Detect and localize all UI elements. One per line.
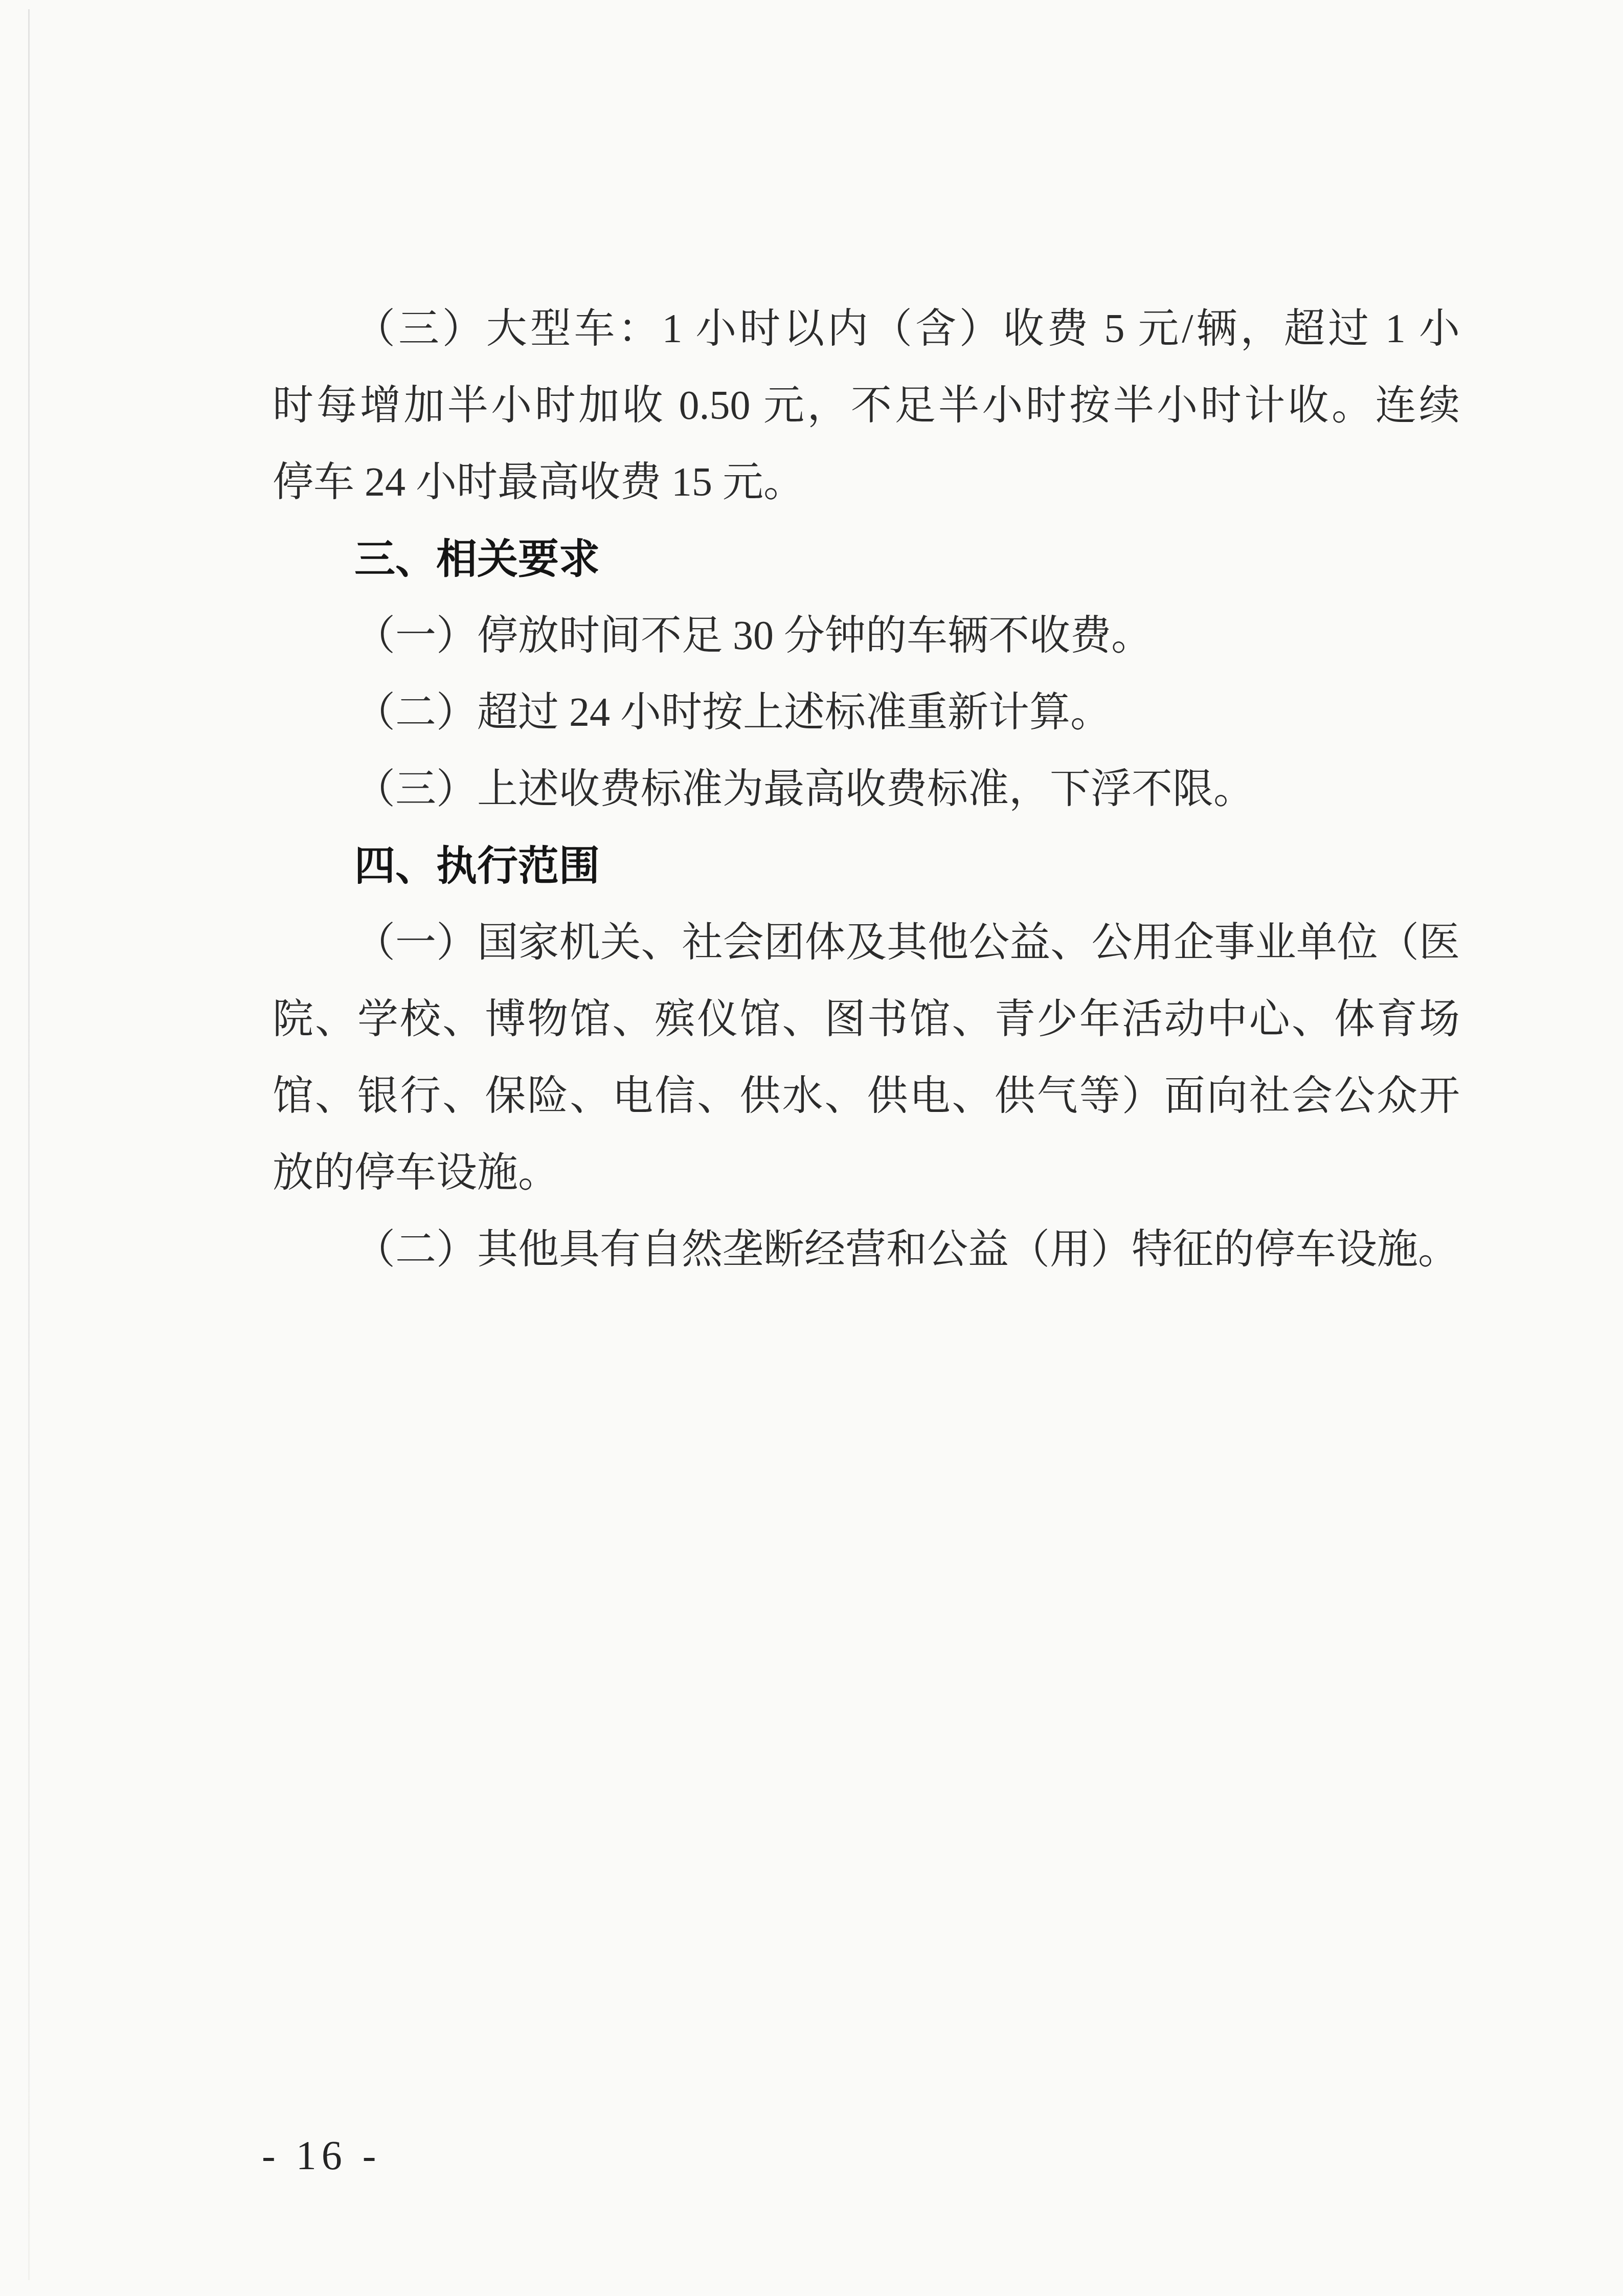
text-line: （二）其他具有自然垄断经营和公益（用）特征的停车设施。 [273,1211,1460,1288]
text-line: （三）大型车：1 小时以内（含）收费 5 元/辆，超过 1 小 [273,291,1460,367]
scan-artifact-line [28,9,30,2280]
text-line: 放的停车设施。 [273,1134,1460,1211]
page-number: - 16 - [262,2128,381,2184]
text-line: （三）上述收费标准为最高收费标准，下浮不限。 [273,751,1460,828]
text-line: 馆、银行、保险、电信、供水、供电、供气等）面向社会公众开 [273,1058,1460,1134]
text-line: （一）停放时间不足 30 分钟的车辆不收费。 [273,597,1460,674]
text-line: （一）国家机关、社会团体及其他公益、公用企事业单位（医 [273,904,1460,981]
text-line: 时每增加半小时加收 0.50 元，不足半小时按半小时计收。连续 [273,367,1460,444]
section-heading: 三、相关要求 [273,521,1460,597]
document-page: （三）大型车：1 小时以内（含）收费 5 元/辆，超过 1 小 时每增加半小时加… [0,0,1623,2296]
text-line: （二）超过 24 小时按上述标准重新计算。 [273,674,1460,751]
text-line: 停车 24 小时最高收费 15 元。 [273,444,1460,521]
section-heading: 四、执行范围 [273,828,1460,904]
text-line: 院、学校、博物馆、殡仪馆、图书馆、青少年活动中心、体育场 [273,981,1460,1058]
